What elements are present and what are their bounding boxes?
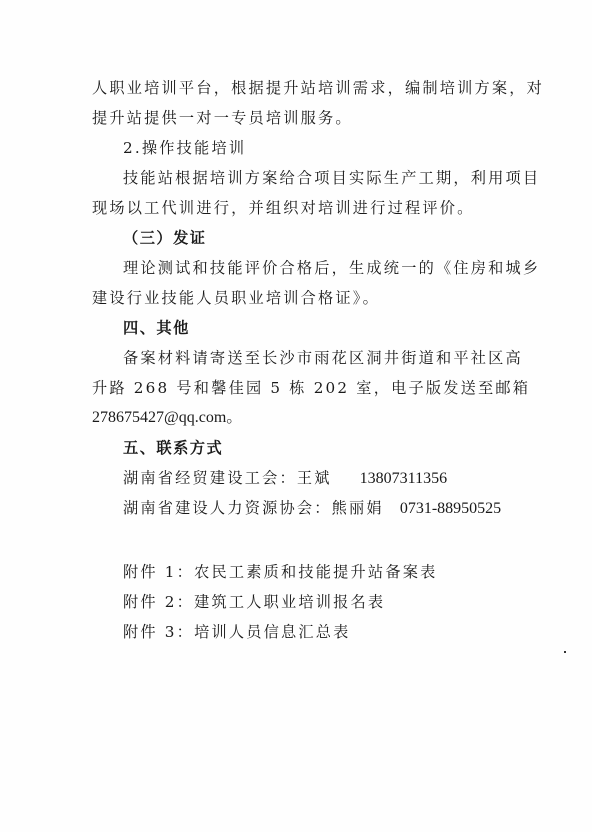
paragraph-line: 技能站根据培训方案给合项目实际生产工期，利用项目 [123,168,540,188]
paragraph-line: 人职业培训平台，根据提升站培训需求，编制培训方案，对 [92,78,544,98]
paragraph-line: 提升站提供一对一专员培训服务。 [92,108,353,128]
attachment-title: 农民工素质和技能提升站备案表 [194,563,437,581]
attachment-label: 附件 1： [123,563,194,581]
paragraph-line: 备案材料请寄送至长沙市雨花区洞井街道和平社区高 [123,348,523,368]
paragraph-line: 理论测试和技能评价合格后，生成统一的《住房和城乡 [123,258,540,278]
contact-org: 湖南省经贸建设工会： [123,469,297,487]
section-heading-certification: （三）发证 [123,228,206,248]
address-line: 升路 268 号和馨佳园 5 栋 202 室，电子版发送至邮箱 [92,378,530,398]
subsection-heading: 2.操作技能培训 [123,138,246,158]
section-heading-other: 四、其他 [123,318,190,338]
contact-phone: 0731-88950525 [400,500,501,517]
contact-row: 湖南省建设人力资源协会：熊丽娟0731-88950525 [123,498,501,519]
contact-row: 湖南省经贸建设工会：王斌13807311356 [123,468,447,489]
attachment-item: 附件 1：农民工素质和技能提升站备案表 [123,562,438,582]
attachment-title: 培训人员信息汇总表 [194,623,351,641]
contact-name: 熊丽娟 [332,499,384,517]
paragraph-line: 现场以工代训进行，并组织对培训进行过程评价。 [92,198,475,218]
paragraph-line: 建设行业技能人员职业培训合格证》。 [92,288,380,308]
attachment-item: 附件 3：培训人员信息汇总表 [123,622,351,642]
email-line: 278675427@qq.com。 [92,408,242,428]
contact-phone: 13807311356 [360,470,447,487]
attachment-title: 建筑工人职业培训报名表 [194,593,385,611]
section-heading-contact: 五、联系方式 [123,438,223,458]
scan-speck [564,651,566,653]
document-page: 人职业培训平台，根据提升站培训需求，编制培训方案，对 提升站提供一对一专员培训服… [0,0,592,832]
contact-org: 湖南省建设人力资源协会： [123,499,332,517]
attachment-label: 附件 3： [123,623,194,641]
attachment-label: 附件 2： [123,593,194,611]
attachment-item: 附件 2：建筑工人职业培训报名表 [123,592,385,612]
contact-name: 王斌 [297,469,332,487]
